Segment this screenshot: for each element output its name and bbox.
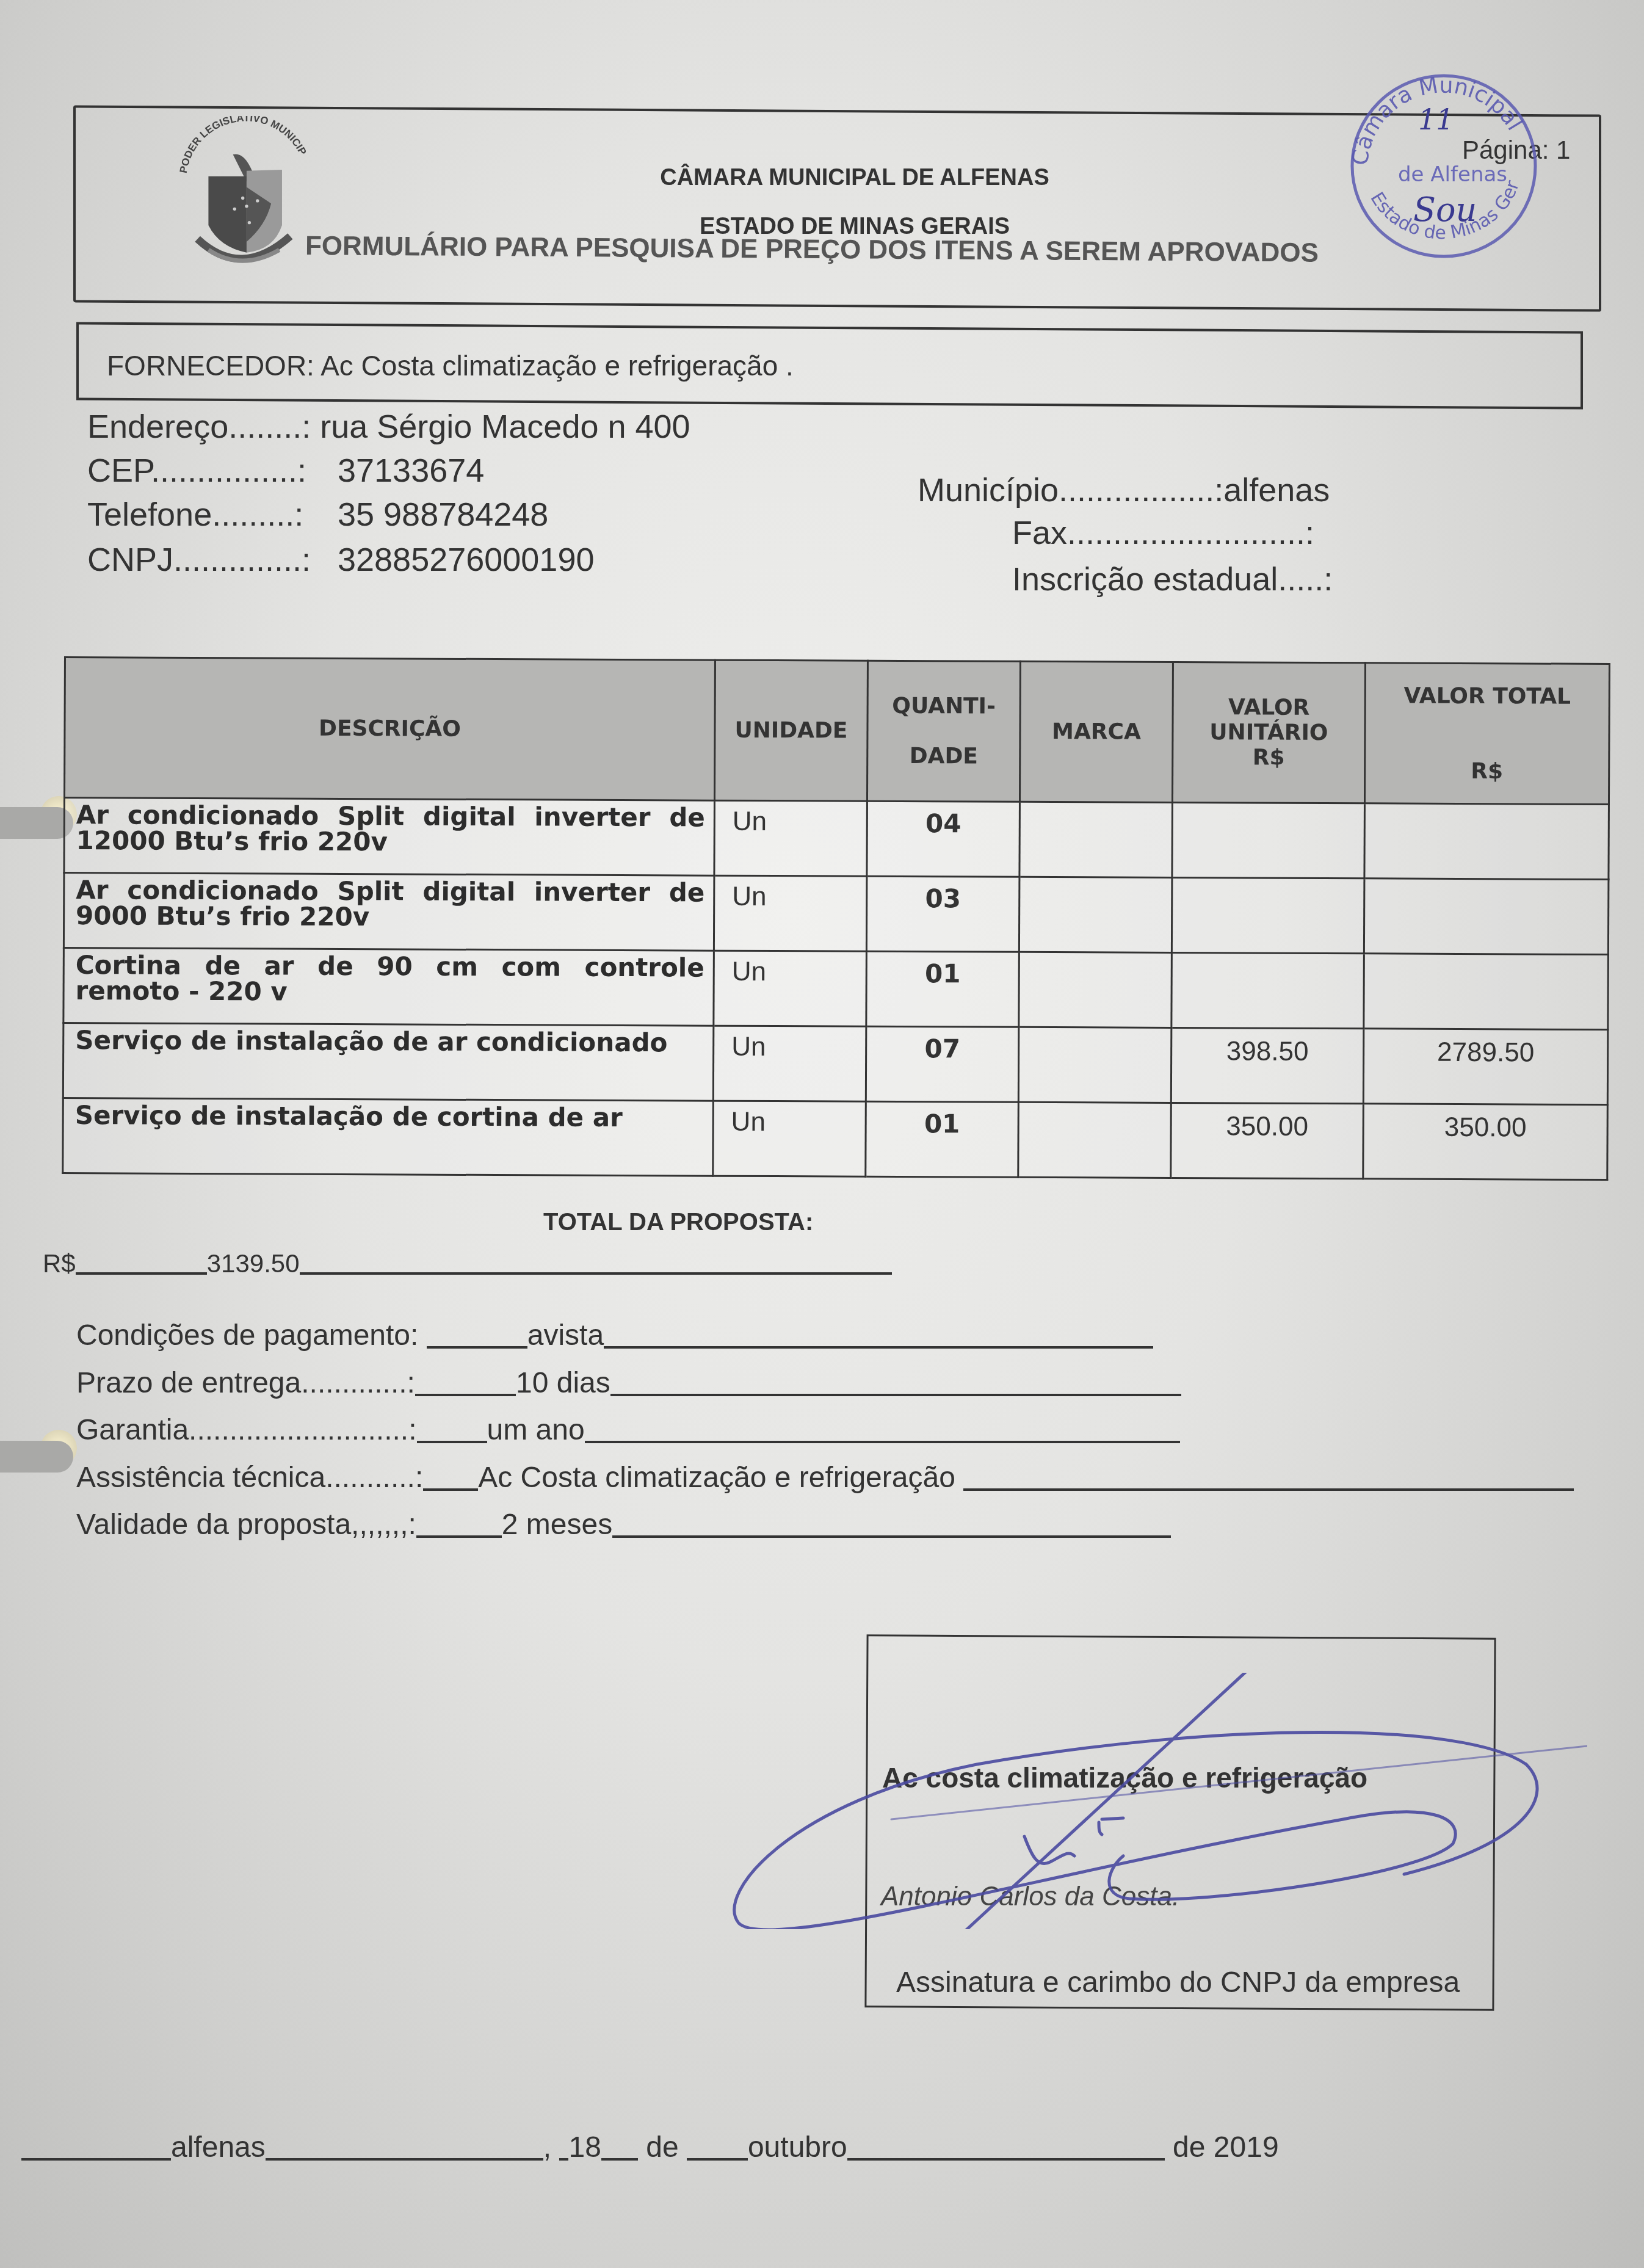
item-total-price bbox=[1364, 803, 1609, 880]
item-quantity: 04 bbox=[867, 801, 1020, 877]
item-total-price: 350.00 bbox=[1363, 1104, 1608, 1180]
payment-terms-value: avista bbox=[527, 1319, 604, 1352]
binder-hole-bottom bbox=[0, 1441, 73, 1473]
delivery-time-value: 10 dias bbox=[516, 1367, 610, 1399]
item-unit-price bbox=[1171, 877, 1364, 953]
supplier-name: FORNECEDOR: Ac Costa climatização e refr… bbox=[107, 349, 794, 382]
table-row: Ar condicionado Split digital inverter d… bbox=[64, 798, 1609, 880]
official-stamp-icon: Câmara Municipal de Alfenas Estado de Mi… bbox=[1340, 68, 1548, 264]
proposal-validity-value: 2 meses bbox=[502, 1509, 612, 1541]
svg-text:de Alfenas: de Alfenas bbox=[1398, 162, 1507, 187]
item-description: Ar condicionado Split digital inverter d… bbox=[64, 798, 715, 876]
date-city: alfenas bbox=[171, 2131, 266, 2164]
table-row: Serviço de instalação de cortina de ar U… bbox=[63, 1098, 1608, 1179]
header-brand: MARCA bbox=[1019, 661, 1173, 802]
svg-text:PODER LEGISLATIVO MUNICIPAL: PODER LEGISLATIVO MUNICIPAL bbox=[165, 116, 308, 174]
table-header-row: DESCRIÇÃO UNIDADE QUANTI-DADE MARCA VALO… bbox=[64, 658, 1609, 805]
state-registration-field: Inscrição estadual.....: bbox=[1012, 560, 1333, 598]
table-row: Ar condicionado Split digital inverter d… bbox=[63, 873, 1609, 955]
date-month: outubro bbox=[748, 2131, 847, 2164]
address-field: Endereço........: rua Sérgio Macedo n 40… bbox=[87, 408, 690, 446]
date-year: de 2019 bbox=[1173, 2131, 1279, 2164]
header-total-price: VALOR TOTALR$ bbox=[1364, 663, 1609, 805]
item-quantity: 01 bbox=[866, 951, 1019, 1027]
header-quantity: QUANTI-DADE bbox=[867, 661, 1020, 802]
binder-hole-top bbox=[0, 807, 73, 839]
technical-assistance: Assistência técnica...........:Ac Costa … bbox=[76, 1461, 1574, 1494]
total-value-line: R$3139.50 bbox=[43, 1247, 892, 1278]
header-title: CÂMARA MUNICIPAL DE ALFENAS bbox=[366, 165, 1343, 191]
item-description: Ar condicionado Split digital inverter d… bbox=[63, 873, 714, 951]
item-total-price bbox=[1364, 954, 1609, 1030]
item-quantity: 07 bbox=[866, 1026, 1019, 1102]
header-unit: UNIDADE bbox=[714, 660, 867, 801]
item-brand bbox=[1019, 952, 1172, 1027]
municipality-field: Município.................:alfenas bbox=[918, 471, 1330, 509]
item-total-price: 2789.50 bbox=[1363, 1029, 1608, 1105]
item-brand bbox=[1019, 877, 1172, 952]
cep-field: CEP................: 37133674 bbox=[87, 452, 484, 490]
item-description: Serviço de instalação de ar condicionado bbox=[63, 1023, 714, 1101]
total-title: TOTAL DA PROPOSTA: bbox=[543, 1209, 813, 1236]
proposal-validity: Validade da proposta,,,,,,,:2 meses bbox=[76, 1508, 1171, 1542]
item-unit: Un bbox=[713, 1101, 866, 1176]
signature-caption: Assinatura e carimbo do CNPJ da empresa bbox=[896, 1966, 1460, 1999]
item-unit-price bbox=[1172, 802, 1365, 878]
total-value: 3139.50 bbox=[207, 1249, 300, 1278]
header-description: DESCRIÇÃO bbox=[64, 658, 715, 801]
cnpj-value: 32885276000190 bbox=[338, 541, 594, 579]
svg-text:11: 11 bbox=[1418, 103, 1454, 136]
item-brand bbox=[1018, 1027, 1171, 1103]
warranty-value: um ano bbox=[487, 1414, 585, 1446]
item-description: Serviço de instalação de cortina de ar bbox=[63, 1098, 714, 1176]
svg-text:Sou: Sou bbox=[1413, 190, 1477, 229]
currency-label: R$ bbox=[43, 1249, 76, 1278]
handwritten-signature-icon bbox=[733, 1673, 1587, 1929]
item-quantity: 03 bbox=[866, 876, 1019, 952]
coat-of-arms-logo-icon: PODER LEGISLATIVO MUNICIPAL bbox=[165, 116, 317, 275]
warranty: Garantia...........................:um a… bbox=[76, 1413, 1180, 1447]
table-row: Serviço de instalação de ar condicionado… bbox=[63, 1023, 1608, 1105]
item-unit-price: 350.00 bbox=[1171, 1103, 1364, 1178]
payment-terms: Condições de pagamento: avista bbox=[76, 1319, 1153, 1352]
date-day: 18 bbox=[568, 2131, 601, 2164]
item-description: Cortina de ar de 90 cm com controle remo… bbox=[63, 948, 714, 1026]
phone-value: 35 988784248 bbox=[338, 496, 548, 534]
item-unit: Un bbox=[714, 875, 867, 951]
item-unit-price: 398.50 bbox=[1171, 1027, 1364, 1103]
technical-assistance-value: Ac Costa climatização e refrigeração bbox=[478, 1462, 963, 1494]
header-unit-price: VALORUNITÁRIOR$ bbox=[1172, 662, 1365, 803]
item-brand bbox=[1019, 802, 1173, 877]
fax-field: Fax..........................: bbox=[1012, 514, 1314, 552]
item-unit: Un bbox=[713, 1026, 866, 1101]
address-value: rua Sérgio Macedo n 400 bbox=[320, 408, 690, 446]
item-unit: Un bbox=[714, 951, 867, 1026]
table-row: Cortina de ar de 90 cm com controle remo… bbox=[63, 948, 1609, 1030]
municipality-value: alfenas bbox=[1223, 471, 1330, 509]
item-quantity: 01 bbox=[866, 1101, 1019, 1177]
phone-field: Telefone.........: 35 988784248 bbox=[87, 496, 548, 534]
item-unit: Un bbox=[714, 800, 867, 876]
items-table: DESCRIÇÃO UNIDADE QUANTI-DADE MARCA VALO… bbox=[62, 656, 1610, 1181]
cep-value: 37133674 bbox=[338, 452, 484, 490]
date-line: alfenas, 18 de outubro de 2019 bbox=[21, 2131, 1279, 2164]
item-brand bbox=[1018, 1102, 1171, 1178]
logo-caption: PODER LEGISLATIVO MUNICIPAL bbox=[165, 116, 308, 174]
item-unit-price bbox=[1171, 952, 1364, 1028]
delivery-time: Prazo de entrega.............:10 dias bbox=[76, 1366, 1181, 1400]
cnpj-field: CNPJ..............: 32885276000190 bbox=[87, 541, 594, 579]
item-total-price bbox=[1364, 879, 1609, 955]
